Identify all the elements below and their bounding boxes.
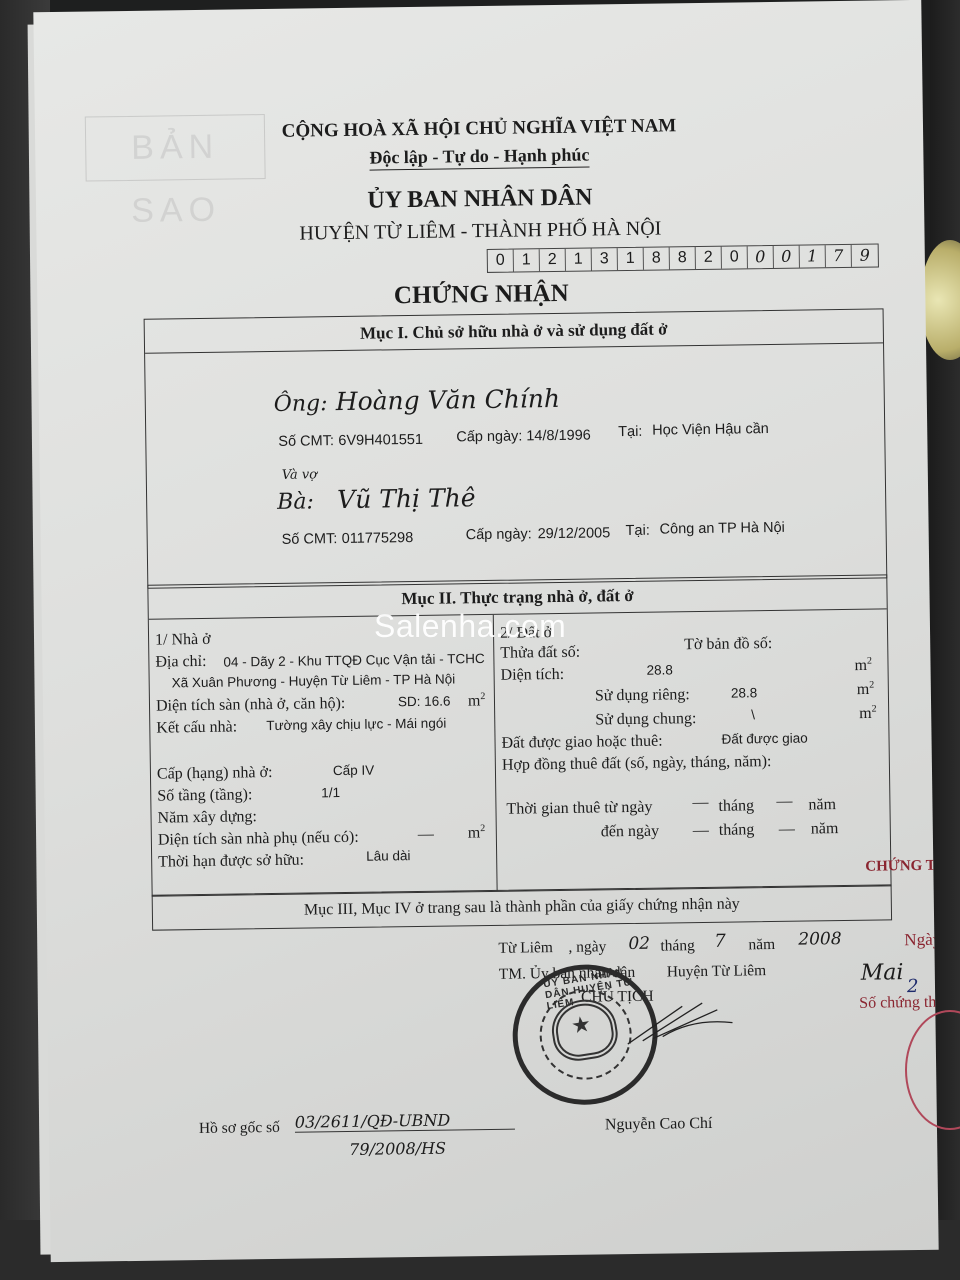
allocation-value: Đất được giao [721, 731, 807, 747]
lease-from-month: — [776, 793, 792, 811]
owner2-place-label: Tại: [626, 523, 650, 539]
certification-signature: Mai [861, 960, 904, 986]
owner1-place-label: Tại: [618, 424, 642, 440]
original-file-value: 03/2611/QĐ-UBND [295, 1110, 515, 1133]
lease-to-year-label: năm [811, 820, 839, 838]
floors-value: 1/1 [321, 785, 340, 800]
watermark: Salenha.com [374, 608, 566, 645]
private-use-value: 28.8 [731, 685, 757, 700]
lease-from-day: — [692, 794, 708, 812]
lease-contract-label: Hợp đồng thuê đất (số, ngày, tháng, năm)… [502, 753, 772, 775]
serial-digit: 3 [592, 248, 618, 270]
lease-from-label: Thời gian thuê từ ngày [506, 799, 652, 819]
house-column: 1/ Nhà ở Địa chỉ: 04 - Dãy 2 - Khu TTQĐ … [149, 615, 498, 896]
owner1-id-label: Số CMT: [278, 433, 334, 450]
original-file-label: Hồ sơ gốc số [199, 1119, 280, 1138]
aux-area-value: — [418, 826, 434, 844]
serial-digit: 7 [826, 245, 852, 267]
section-owners: Mục I. Chủ sở hữu nhà ở và sử dụng đất ở… [144, 308, 888, 588]
serial-digit: 1 [800, 245, 826, 267]
shared-use-value: \ [751, 707, 755, 722]
owners-area: Ông: Hoàng Văn Chính Số CMT: 6V9H401551 … [145, 343, 886, 587]
floors-label: Số tầng (tầng): [157, 786, 252, 805]
serial-digit: 2 [540, 249, 566, 271]
serial-digit: 1 [566, 248, 592, 270]
signing-month: 7 [714, 931, 726, 952]
allocation-label: Đất được giao hoặc thuê: [501, 733, 662, 753]
owner2-place: Công an TP Hà Nội [659, 520, 784, 538]
owner1-issue-label: Cấp ngày: [456, 428, 522, 445]
floor-area-value: SD: 16.6 [398, 694, 451, 710]
private-use-unit: m2 [857, 680, 875, 700]
signing-place: Từ Liêm [498, 939, 553, 958]
certification-date-label: Ngày: [904, 930, 938, 951]
serial-number-grid: 012131882000179 [487, 243, 879, 272]
serial-digit: 1 [618, 248, 644, 270]
parcel-label: Thửa đất số: [500, 644, 580, 663]
serial-digit: 8 [644, 247, 670, 269]
lease-to-day: — [693, 822, 709, 840]
serial-digit: 0 [488, 250, 514, 272]
owner1-issue-date: 14/8/1996 [526, 428, 591, 445]
land-area-value: 28.8 [646, 662, 672, 677]
serial-digit: 1 [514, 249, 540, 271]
owner2-prefix: Bà: [277, 489, 314, 515]
owner2-id-label: Số CMT: [282, 531, 338, 548]
motto-text: Độc lập - Tự do - Hạnh phúc [369, 145, 589, 171]
certification-title: CHỨNG THỰC [865, 857, 938, 875]
house-title: 1/ Nhà ở [155, 631, 211, 650]
certification-number-label: Số chứng thực [859, 994, 939, 1013]
owner1-name: Hoàng Văn Chính [336, 384, 561, 416]
serial-digit: 0 [722, 246, 748, 268]
signing-day-label: , ngày [568, 938, 606, 957]
land-area-unit: m2 [854, 656, 872, 676]
lease-to-month: — [779, 821, 795, 839]
unit-text: m [468, 692, 481, 709]
connector-text: Và vợ [282, 467, 317, 482]
ownership-term-value: Lâu dài [366, 848, 411, 864]
aux-area-label: Diện tích sàn nhà phụ (nếu có): [158, 829, 359, 850]
signer-name: Nguyễn Cao Chí [605, 1115, 713, 1134]
land-column: 2/ Đất ở Thửa đất số: Tờ bản đồ số: Diện… [494, 609, 891, 890]
signing-year-label: năm [748, 936, 775, 954]
aux-area-unit: m2 [468, 823, 486, 843]
grade-value: Cấp IV [333, 763, 374, 779]
lease-from-year-label: năm [808, 796, 836, 814]
grade-label: Cấp (hạng) nhà ở: [157, 764, 273, 784]
serial-digit: 8 [670, 247, 696, 269]
serial-digit: 2 [696, 247, 722, 269]
land-area-label: Diện tích: [501, 666, 565, 685]
owner1-id-value: 6V9H401551 [338, 432, 423, 449]
on-behalf-district: Huyện Từ Liêm [667, 962, 767, 981]
signing-day: 02 [628, 934, 650, 954]
original-file-value2: 79/2008/HS [349, 1139, 446, 1159]
map-sheet-label: Tờ bản đồ số: [684, 635, 772, 654]
structure-label: Kết cấu nhà: [156, 718, 237, 737]
structure-value: Tường xây chịu lực - Mái ngói [266, 716, 446, 734]
floor-area-label: Diện tích sàn (nhà ở, căn hộ): [156, 695, 346, 716]
owner2-issue-label: Cấp ngày: [466, 526, 532, 543]
star-icon: ★ [569, 1011, 592, 1040]
address-label: Địa chỉ: [155, 653, 206, 672]
lease-to-label: đến ngày [601, 823, 659, 842]
private-use-label: Sử dụng riêng: [595, 686, 690, 705]
owner2-name: Vũ Thị Thê [337, 483, 476, 514]
serial-digit: 9 [852, 244, 878, 266]
address-line1: 04 - Dãy 2 - Khu TTQĐ Cục Vận tải - TCHC [223, 651, 485, 670]
shared-use-unit: m2 [859, 704, 877, 724]
shared-use-label: Sử dụng chung: [595, 710, 696, 729]
floor-area-unit: m2 [468, 691, 486, 711]
address-line2: Xã Xuân Phương - Huyện Từ Liêm - TP Hà N… [172, 671, 456, 690]
lease-from-month-label: tháng [718, 797, 754, 815]
owner2-issue-date: 29/12/2005 [538, 525, 611, 542]
owner1-place: Học Viện Hậu cần [652, 421, 769, 439]
serial-digit: 0 [748, 246, 774, 268]
signing-year: 2008 [798, 929, 842, 950]
owner1-prefix: Ông: [274, 391, 328, 417]
signing-month-label: tháng [660, 937, 695, 955]
chairman-signature [622, 997, 743, 1049]
build-year-label: Năm xây dựng: [157, 808, 257, 827]
owner2-id-value: 011775298 [342, 530, 414, 547]
serial-digit: 0 [774, 246, 800, 268]
lease-to-month-label: tháng [719, 821, 755, 839]
ownership-term-label: Thời hạn được sở hữu: [158, 852, 304, 872]
